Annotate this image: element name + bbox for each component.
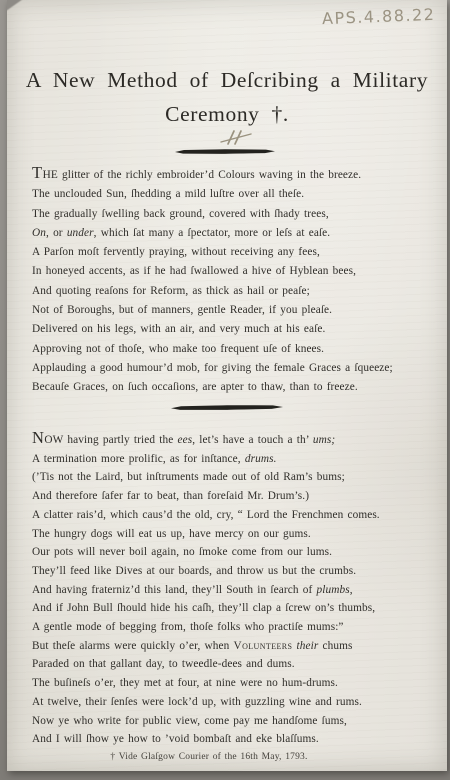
poem-text-segment: The hungry dogs will eat us up, have mer… <box>32 528 311 540</box>
poem-line: Our pots will never boil again, no ſmoke… <box>32 543 441 562</box>
poem-text-segment: Now ye who write for public view, come p… <box>32 715 347 727</box>
poem-title: A New Method of Deſcribing a Military Ce… <box>7 63 447 131</box>
poem-text-segment: Not of Boroughs, but of manners, gentle … <box>32 304 332 316</box>
swelled-rule-top <box>175 148 275 154</box>
poem-text-segment: HE glitter of the richly embroider’d Col… <box>43 169 362 181</box>
poem-text-segment: Paraded on that gallant day, to tweedle-… <box>32 658 295 670</box>
poem-line: Approving not of thoſe, who make too fre… <box>32 340 441 359</box>
poem-text-segment: At twelve, their ſenſes were lock’d up, … <box>32 696 362 708</box>
poem-line: The hungry dogs will eat us up, have mer… <box>32 525 441 544</box>
poem-line: Delivered on his legs, with an air, and … <box>32 320 441 339</box>
poem-text-segment: drums. <box>245 453 277 465</box>
poem-text-segment: , which ſat many a ſpectator, more or le… <box>94 227 331 239</box>
poem-line: A termination more prolific, as for inſt… <box>32 450 441 469</box>
poem-text-segment: On <box>32 227 46 239</box>
poem-text-segment: ums; <box>313 434 335 446</box>
poem-text-segment: OW having partly tried the <box>44 434 177 446</box>
poem-text-segment: A Parſon moſt fervently praying, without… <box>32 246 320 258</box>
poem-text-segment: A termination more prolific, as for inſt… <box>32 453 245 465</box>
poem-text-segment: The unclouded Sun, ſhedding a mild luſtr… <box>32 188 304 200</box>
poem-text-segment: The buſineſs o’er, they met at four, at … <box>32 677 338 689</box>
poem-text-segment: And having fraterniz’d this land, they’l… <box>32 584 316 596</box>
poem-line: And I will ſhow ye how to ’void bombaſt … <box>32 730 441 749</box>
poem-line: Paraded on that gallant day, to tweedle-… <box>32 655 441 674</box>
poem-text-segment: And I will ſhow ye how to ’void bombaſt … <box>32 733 319 745</box>
poem-line: The buſineſs o’er, they met at four, at … <box>32 674 441 693</box>
poem-text-segment: In honeyed accents, as if he had ſwallow… <box>32 265 356 277</box>
poem-text-segment: Our pots will never boil again, no ſmoke… <box>32 546 332 558</box>
poem-text-segment: And therefore ſafer far to beat, than fo… <box>32 490 309 502</box>
poem-text-segment: Applauding a good humour’d mob, for givi… <box>32 362 393 374</box>
poem-text-segment: , or <box>46 227 67 239</box>
stanza-1: THE glitter of the richly embroider’d Co… <box>32 163 441 398</box>
poem-line: THE glitter of the richly embroider’d Co… <box>32 163 441 185</box>
poem-text-segment: The gradually ſwelling back ground, cove… <box>32 208 329 220</box>
poem-text-segment: A gentle mode of begging from, thoſe fol… <box>32 621 344 633</box>
poem-text-segment: And quoting reaſons for Reform, as thick… <box>32 285 310 297</box>
shelfmark-pencil: APS.4.88.22 <box>321 5 435 28</box>
poem-text-segment: N <box>32 428 44 447</box>
poem-line: And having fraterniz’d this land, they’l… <box>32 581 441 600</box>
poem-text-segment: , <box>350 584 353 596</box>
poem-line: A clatter rais’d, which caus’d the old, … <box>32 506 441 525</box>
poem-line: A Parſon moſt fervently praying, without… <box>32 243 441 262</box>
poem-text-segment: under <box>67 227 94 239</box>
poem-line: A gentle mode of begging from, thoſe fol… <box>32 618 441 637</box>
poem-line: And therefore ſafer far to beat, than fo… <box>32 487 441 506</box>
poem-text-segment: But theſe alarms were quickly o’er, when <box>32 640 234 652</box>
poem-line: Not of Boroughs, but of manners, gentle … <box>32 301 441 320</box>
poem-text-segment: Becauſe Graces, on ſuch occaſions, are a… <box>32 381 358 393</box>
poem-line: At twelve, their ſenſes were lock’d up, … <box>32 693 441 712</box>
poem-line: And quoting reaſons for Reform, as thick… <box>32 282 441 301</box>
poem-text-segment: And if John Bull ſhould hide his caſh, t… <box>32 602 375 614</box>
poem-line: NOW having partly tried the ees, let’s h… <box>32 429 441 450</box>
poem-text-segment: Volunteers <box>234 640 293 652</box>
poem-text-segment: ees <box>177 434 192 446</box>
pencil-squiggle-mark <box>219 126 253 148</box>
footnote: † Vide Glaſgow Courier of the 16th May, … <box>7 752 429 762</box>
poem-line: Becauſe Graces, on ſuch occaſions, are a… <box>32 378 441 397</box>
poem-line: But theſe alarms were quickly o’er, when… <box>32 637 441 656</box>
poem-text-segment: chums <box>318 640 352 652</box>
poem-text-segment: (’Tis not the Laird, but inſtruments mad… <box>32 471 345 483</box>
poem-line: Applauding a good humour’d mob, for givi… <box>32 359 441 378</box>
poem-text-segment: Delivered on his legs, with an air, and … <box>32 323 325 335</box>
poem-line: On, or under, which ſat many a ſpectator… <box>32 224 441 243</box>
poem-line: The unclouded Sun, ſhedding a mild luſtr… <box>32 185 441 204</box>
corner-shadow <box>7 0 23 11</box>
poem-line: The gradually ſwelling back ground, cove… <box>32 205 441 224</box>
poem-text-segment: Approving not of thoſe, who make too fre… <box>32 343 324 355</box>
poem-text-segment: plumbs <box>316 584 349 596</box>
poem-text-segment: T <box>32 163 43 182</box>
poem-text-segment: They’ll feed like Dives at our boards, a… <box>32 565 356 577</box>
stanza-2: NOW having partly tried the ees, let’s h… <box>32 429 441 749</box>
swelled-rule-middle <box>171 404 283 411</box>
poem-line: In honeyed accents, as if he had ſwallow… <box>32 262 441 281</box>
poem-text-segment: A clatter rais’d, which caus’d the old, … <box>32 509 380 521</box>
poem-line: And if John Bull ſhould hide his caſh, t… <box>32 599 441 618</box>
poem-text-segment: , let’s have a touch a th’ <box>192 434 313 446</box>
page-paper: APS.4.88.22 A New Method of Deſcribing a… <box>7 0 447 771</box>
title-line-1: A New Method of Deſcribing a Military <box>7 63 447 97</box>
poem-text-segment: their <box>296 640 318 652</box>
poem-line: They’ll feed like Dives at our boards, a… <box>32 562 441 581</box>
poem-line: Now ye who write for public view, come p… <box>32 712 441 731</box>
poem-line: (’Tis not the Laird, but inſtruments mad… <box>32 468 441 487</box>
